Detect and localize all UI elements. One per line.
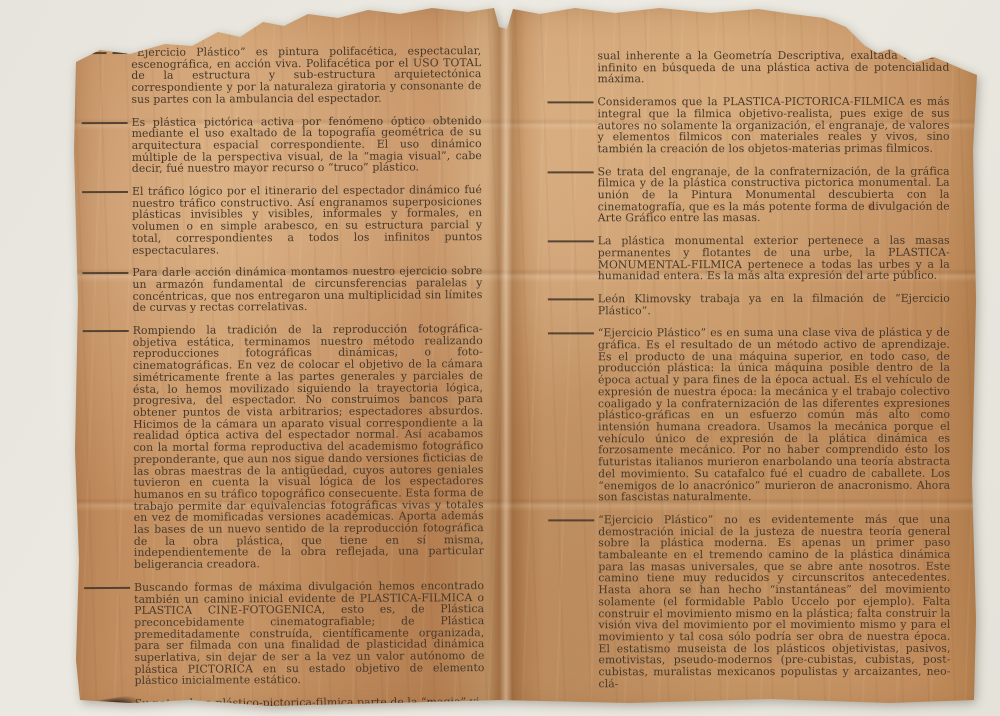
paragraph: Consideramos que la PLASTICA-PICTORICA-F… (598, 96, 950, 155)
paragraph: Buscando formas de máxima divulgación he… (134, 580, 485, 687)
paragraph-lead-rule (82, 191, 128, 193)
paragraph-text: León Klimovsky trabaja ya en la filmació… (598, 292, 950, 317)
paragraph-text: La plástica monumental exterior pertenec… (598, 234, 950, 283)
paragraph: Su naturaleza plástico-pictorica-filmica… (135, 696, 485, 710)
paragraph: El tráfico lógico por el itinerario del … (132, 184, 482, 256)
paragraph-lead-rule (82, 121, 128, 123)
paragraph-text: Rompiendo la tradición de la reproducció… (133, 322, 484, 571)
paragraph-lead-rule (85, 703, 131, 705)
paper-sheet-wrapper: “Ejercicio Plástico” es pintura polifacé… (70, 0, 982, 716)
paragraph-text: Consideramos que la PLASTICA-PICTORICA-F… (598, 95, 950, 155)
paragraph-lead-rule (81, 52, 127, 54)
paragraph-lead-rule (548, 240, 594, 242)
paragraph: La plástica monumental exterior pertenec… (598, 235, 950, 282)
paragraph-text: Buscando formas de máxima divulgación he… (134, 579, 484, 687)
paragraph-text: “Ejercicio Plástico” no es evidentemente… (598, 513, 950, 690)
paragraph-lead-rule (548, 298, 594, 300)
paragraph-lead-rule (84, 587, 130, 589)
paragraph: León Klimovsky trabaja ya en la filmació… (598, 293, 950, 317)
paragraph-lead-rule (82, 272, 128, 274)
paper-sheet: “Ejercicio Plástico” es pintura polifacé… (70, 0, 982, 716)
paragraph-lead-rule (83, 330, 129, 332)
paragraph-text: sual inherente a la Geometría Descriptiv… (597, 49, 949, 86)
paragraph: Rompiendo la tradición de la reproducció… (133, 323, 484, 571)
paragraph-text: Es plástica pictórica activa por fenómen… (132, 114, 482, 176)
paragraph: Es plástica pictórica activa por fenómen… (132, 115, 482, 175)
torn-corner-shadow (87, 694, 141, 716)
paragraph-lead-rule (548, 101, 594, 103)
paragraph-text: “Ejercicio Plástico” es pintura polifacé… (131, 44, 481, 106)
paragraph: “Ejercicio Plástico” es pintura polifacé… (131, 45, 481, 105)
paragraph: Se trata del engranaje, de la confratern… (598, 165, 950, 224)
paragraph-text: “Ejercicio Plástico” es en suma una clas… (598, 326, 950, 503)
left-page-text-column: “Ejercicio Plástico” es pintura polifacé… (131, 45, 485, 716)
paragraph-text: Se trata del engranaje, de la confratern… (598, 164, 950, 224)
paragraph-text: Su naturaleza plástico-pictorica-filmica… (135, 695, 484, 710)
paragraph: Para darle acción dinámica montamos nues… (132, 265, 482, 314)
paragraph-lead-rule (548, 519, 594, 521)
paragraph: “Ejercicio Plástico” es en suma una clas… (598, 327, 950, 503)
paragraph-text: El tráfico lógico por el itinerario del … (132, 183, 482, 256)
paragraph-lead-rule (548, 171, 594, 173)
paragraph-text: Para darle acción dinámica montamos nues… (132, 264, 482, 314)
paragraph-lead-rule (548, 333, 594, 335)
paragraph: “Ejercicio Plástico” no es evidentemente… (598, 514, 950, 690)
paragraph: sual inherente a la Geometría Descriptiv… (597, 50, 949, 86)
right-page-text-column: sual inherente a la Geometría Descriptiv… (597, 50, 950, 701)
